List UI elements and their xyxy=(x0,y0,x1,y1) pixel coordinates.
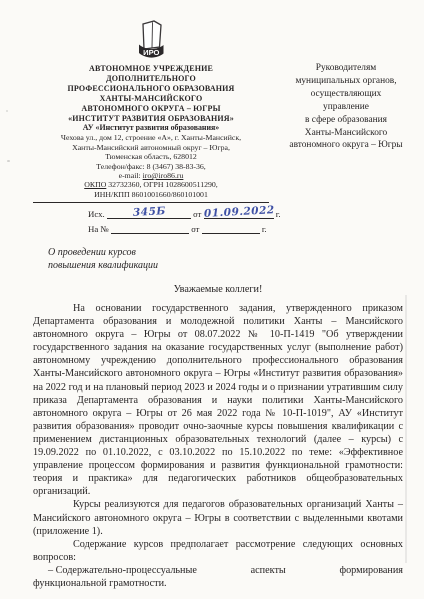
bullet-text: аспекты xyxy=(251,564,286,577)
salutation: Уважаемые коллеги! xyxy=(33,284,403,295)
body-paragraph: Содержание курсов предполагает рассмотре… xyxy=(33,538,403,564)
org-name-line: АВТОНОМНОЕ УЧРЕЖДЕНИЕ xyxy=(33,64,269,74)
org-short-name: АУ «Институт развития образования» xyxy=(33,123,269,133)
email-link: iro@iro86.ru xyxy=(143,171,184,180)
scan-artifact-speck xyxy=(6,110,8,112)
bullet-item-line: – Содержательно-процессуальные аспекты ф… xyxy=(33,564,403,577)
scanned-letter-page: ИРО АВТОНОМНОЕ УЧРЕЖДЕНИЕ ДОПОЛНИТЕЛЬНОГ… xyxy=(0,0,424,599)
iro-logo-icon: ИРО xyxy=(33,20,269,62)
bullet-text: формирования xyxy=(339,564,403,577)
from-label: от xyxy=(193,209,201,219)
addressee-line: Руководителям xyxy=(270,62,422,75)
registry-line: ОКПО 32732360, ОГРН 1028600511290, xyxy=(33,180,269,189)
reference-block: Исх. 345Б от 01.09.2022 г. На № от г. xyxy=(88,207,338,237)
scan-artifact-line xyxy=(405,295,407,563)
addressee-line: осуществляющих xyxy=(270,88,422,101)
org-name-line: ХАНТЫ-МАНСИЙСКОГО xyxy=(33,94,269,104)
org-name-line: ПРОФЕССИОНАЛЬНОГО ОБРАЗОВАНИЯ xyxy=(33,84,269,94)
addressee-line: в сфере образования xyxy=(270,114,422,127)
addressee-line: управление xyxy=(270,101,422,114)
org-name-line: ДОПОЛНИТЕЛЬНОГО xyxy=(33,74,269,84)
address-line: Ханты-Мансийский автономный округ – Югра… xyxy=(33,143,269,152)
incoming-ref-row: На № от г. xyxy=(88,222,338,234)
subject-line: повышения квалификации xyxy=(48,259,158,272)
bullet-item: – Содержательно-процессуальные аспекты ф… xyxy=(33,564,403,590)
okpo-ogrn-values: 32732360, ОГРН 1028600511290, xyxy=(106,180,217,189)
iro-logo-text: ИРО xyxy=(143,48,159,57)
outgoing-date-blank: 01.09.2022 xyxy=(204,207,274,219)
year-label: г. xyxy=(262,224,267,234)
year-label: г. xyxy=(276,209,281,219)
handwritten-outgoing-date: 01.09.2022 xyxy=(203,204,274,220)
outgoing-number-blank: 345Б xyxy=(107,207,191,219)
subject-line: О проведении курсов xyxy=(48,246,158,259)
body-paragraph: Курсы реализуются для педагогов образова… xyxy=(33,498,403,537)
bullet-text: – Содержательно-процессуальные xyxy=(48,564,197,577)
address-line: Тюменская область, 628012 xyxy=(33,152,269,161)
from-label: от xyxy=(191,224,199,234)
handwritten-outgoing-number: 345Б xyxy=(132,205,165,219)
addressee-line: автономного округа – Югры xyxy=(270,139,422,152)
inn-kpp-line: ИНН/КПП 8601001660/860101001 xyxy=(33,190,269,199)
letterhead-divider xyxy=(33,202,269,203)
okpo-label: ОКПО xyxy=(84,180,106,189)
scan-artifact-speck xyxy=(7,160,10,162)
addressee-line: муниципальных органов, xyxy=(270,75,422,88)
outgoing-ref-row: Исх. 345Б от 01.09.2022 г. xyxy=(88,207,338,219)
bullet-item-line: функциональной грамотности. xyxy=(33,577,403,590)
email-line: e-mail: iro@iro86.ru xyxy=(33,171,269,180)
address-line: Чехова ул., дом 12, строение «А», г. Хан… xyxy=(33,133,269,142)
email-label: e-mail: xyxy=(119,171,143,180)
body-paragraph: На основании государственного задания, у… xyxy=(33,302,403,498)
subject-block: О проведении курсов повышения квалификац… xyxy=(48,246,158,272)
letter-body: На основании государственного задания, у… xyxy=(33,302,403,590)
incoming-number-blank xyxy=(111,222,189,234)
incoming-date-blank xyxy=(202,222,260,234)
org-name-line: «ИНСТИТУТ РАЗВИТИЯ ОБРАЗОВАНИЯ» xyxy=(33,114,269,124)
letterhead: ИРО АВТОНОМНОЕ УЧРЕЖДЕНИЕ ДОПОЛНИТЕЛЬНОГ… xyxy=(33,20,269,203)
outgoing-label: Исх. xyxy=(88,209,105,219)
addressee-line: Ханты-Мансийского xyxy=(270,127,422,140)
address-line: Телефон/факс: 8 (3467) 38-83-36, xyxy=(33,162,269,171)
addressee-block: Руководителям муниципальных органов, осу… xyxy=(270,62,422,152)
org-name-line: АВТОНОМНОГО ОКРУГА – ЮГРЫ xyxy=(33,104,269,114)
incoming-label: На № xyxy=(88,224,109,234)
